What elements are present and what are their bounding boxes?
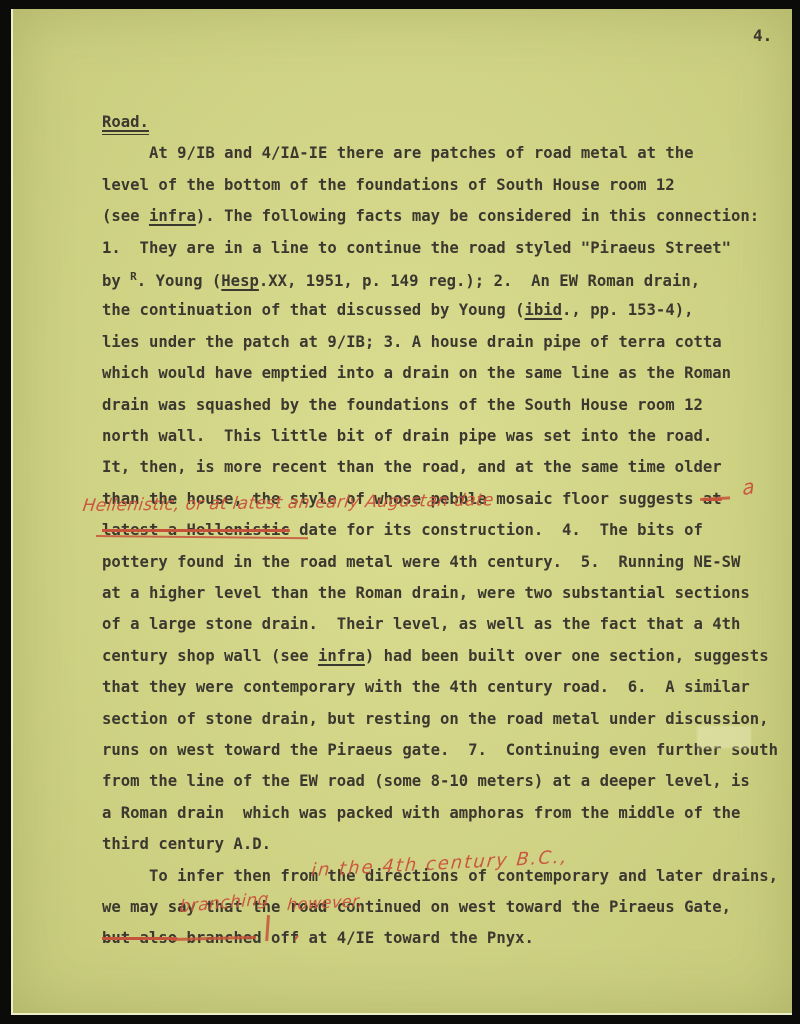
typed-line: lies under the patch at 9/IB; 3. A house…	[102, 333, 722, 351]
typed-line: runs on west toward the Piraeus gate. 7.…	[102, 741, 778, 759]
typed-line: level of the bottom of the foundations o…	[102, 176, 675, 194]
typed-line: which would have emptied into a drain on…	[102, 364, 731, 382]
typed-line: that they were contemporary with the 4th…	[102, 678, 750, 696]
typed-line: a Roman drain which was packed with amph…	[102, 804, 740, 822]
section-heading: Road.	[102, 113, 149, 131]
typed-line: the continuation of that discussed by Yo…	[102, 301, 693, 319]
paper-page: 4. Road.At 9/IB and 4/IΔ-IE there are pa…	[11, 9, 792, 1015]
typed-line: (see infra). The following facts may be …	[102, 207, 759, 225]
page-number: 4.	[753, 26, 772, 45]
typed-line: from the line of the EW road (some 8-10 …	[102, 772, 750, 790]
typed-line: at a higher level than the Roman drain, …	[102, 584, 750, 602]
typed-line: century shop wall (see infra) had been b…	[102, 647, 769, 665]
typed-line: section of stone drain, but resting on t…	[102, 710, 769, 728]
typed-line: north wall. This little bit of drain pip…	[102, 427, 712, 445]
typed-line: 1. They are in a line to continue the ro…	[102, 239, 731, 257]
typed-line: drain was squashed by the foundations of…	[102, 396, 703, 414]
handwritten-a-insertion: a	[742, 474, 755, 500]
typed-line: third century A.D.	[102, 835, 271, 853]
typed-line: At 9/IB and 4/IΔ-IE there are patches of…	[102, 144, 694, 162]
typed-line: by R. Young (Hesp.XX, 1951, p. 149 reg.)…	[102, 270, 700, 290]
typed-line: pottery found in the road metal were 4th…	[102, 553, 740, 571]
typed-line: It, then, is more recent than the road, …	[102, 458, 722, 476]
handwritten-however-note: however,	[286, 891, 364, 914]
typed-line: of a large stone drain. Their level, as …	[102, 615, 740, 633]
whiteout-patch	[697, 726, 751, 748]
typed-line: but also branched off at 4/IE toward the…	[102, 929, 534, 947]
